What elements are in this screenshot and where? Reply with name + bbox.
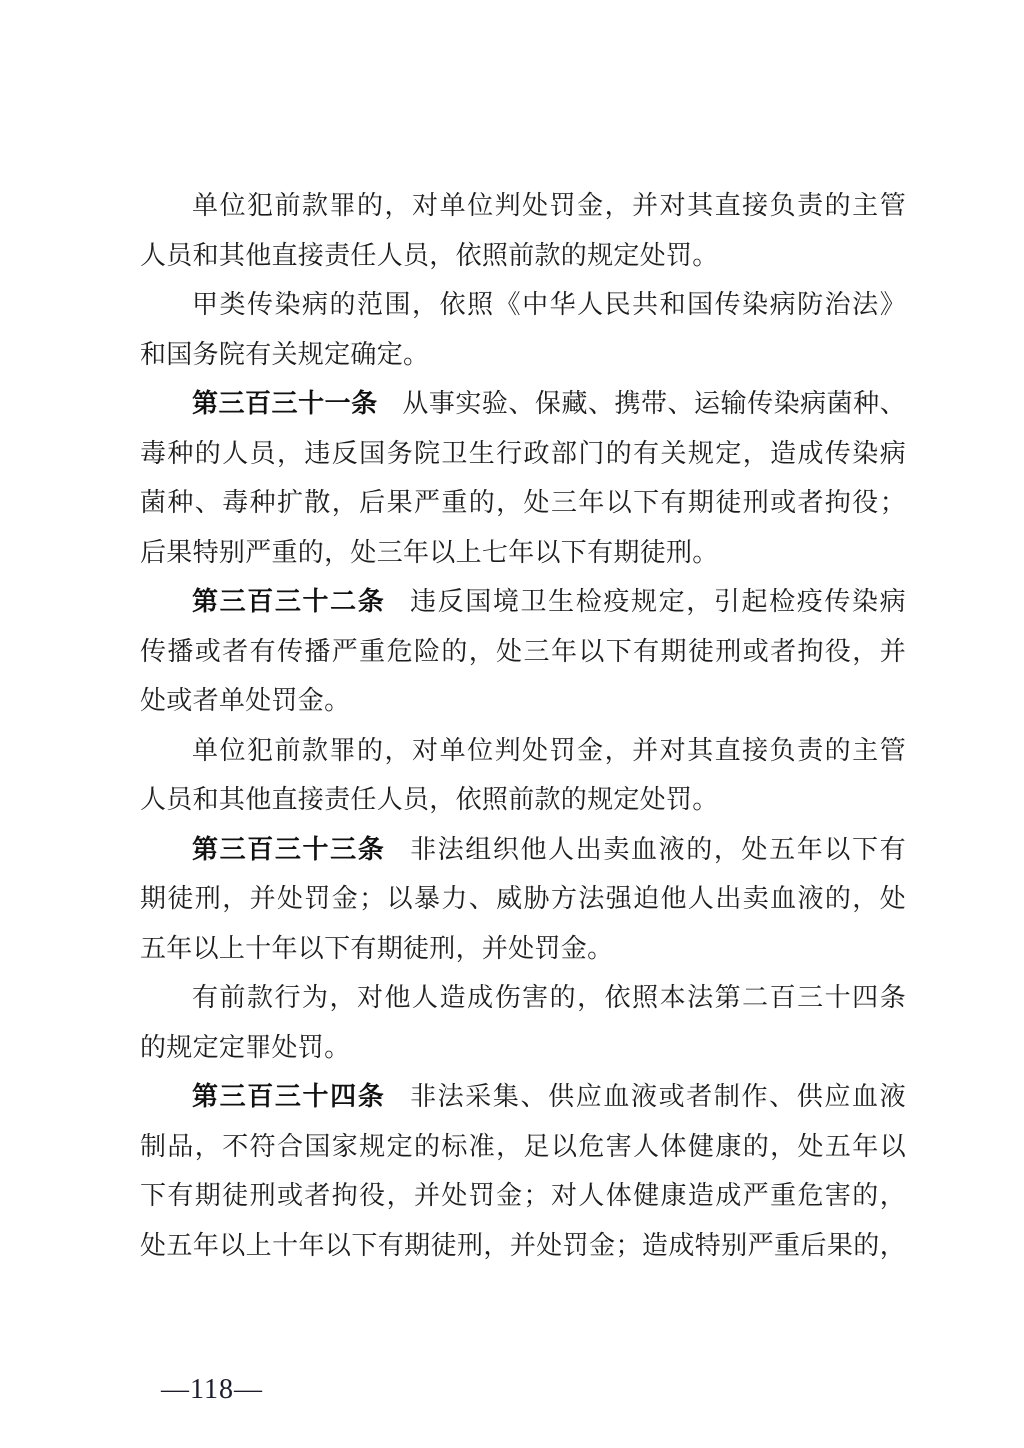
line-text: 毒种的人员，违反国务院卫生行政部门的有关规定，造成传染病 [140,439,906,468]
text-line: 毒种的人员，违反国务院卫生行政部门的有关规定，造成传染病 [140,429,906,479]
text-block: 单位犯前款罪的，对单位判处罚金，并对其直接负责的主管人员和其他直接责任人员，依照… [140,181,906,1270]
line-text: 非法采集、供应血液或者制作、供应血液 [410,1082,906,1111]
text-line: 处五年以上十年以下有期徒刑，并处罚金；造成特别严重后果的， [140,1221,906,1271]
text-line: 第三百三十四条非法采集、供应血液或者制作、供应血液 [140,1072,906,1122]
text-line: 单位犯前款罪的，对单位判处罚金，并对其直接负责的主管 [140,726,906,776]
line-text: 违反国境卫生检疫规定，引起检疫传染病 [410,587,906,616]
line-text: 后果特别严重的，处三年以上七年以下有期徒刑。 [140,538,719,567]
text-line: 期徒刑，并处罚金；以暴力、威胁方法强迫他人出卖血液的，处 [140,874,906,924]
text-line: 下有期徒刑或者拘役，并处罚金；对人体健康造成严重危害的， [140,1171,906,1221]
line-text: 处五年以上十年以下有期徒刑，并处罚金；造成特别严重后果的， [140,1231,906,1260]
line-text: 期徒刑，并处罚金；以暴力、威胁方法强迫他人出卖血液的，处 [140,884,906,913]
line-text: 有前款行为，对他人造成伤害的，依照本法第二百三十四条 [192,983,906,1012]
line-text: 和国务院有关规定确定。 [140,340,429,369]
text-line: 第三百三十二条违反国境卫生检疫规定，引起检疫传染病 [140,577,906,627]
line-text: 甲类传染病的范围，依照《中华人民共和国传染病防治法》 [192,290,906,319]
page-number: —118— [161,1374,263,1406]
line-text: 制品，不符合国家规定的标准，足以危害人体健康的，处五年以 [140,1132,906,1161]
text-line: 人员和其他直接责任人员，依照前款的规定处罚。 [140,775,906,825]
article-number: 第三百三十二条 [192,586,410,616]
line-text: 处或者单处罚金。 [140,686,350,715]
line-text: 人员和其他直接责任人员，依照前款的规定处罚。 [140,241,719,270]
line-text: 非法组织他人出卖血液的，处五年以下有 [410,835,906,864]
text-line: 第三百三十一条从事实验、保藏、携带、运输传染病菌种、 [140,379,906,429]
text-line: 菌种、毒种扩散，后果严重的，处三年以下有期徒刑或者拘役； [140,478,906,528]
article-number: 第三百三十四条 [192,1081,410,1111]
text-line: 人员和其他直接责任人员，依照前款的规定处罚。 [140,231,906,281]
article-number: 第三百三十三条 [192,834,410,864]
line-text: 下有期徒刑或者拘役，并处罚金；对人体健康造成严重危害的， [140,1181,906,1210]
text-line: 处或者单处罚金。 [140,676,906,726]
article-number: 第三百三十一条 [192,388,402,418]
line-text: 传播或者有传播严重危险的，处三年以下有期徒刑或者拘役，并 [140,637,906,666]
text-line: 后果特别严重的，处三年以上七年以下有期徒刑。 [140,528,906,578]
text-line: 有前款行为，对他人造成伤害的，依照本法第二百三十四条 [140,973,906,1023]
text-line: 五年以上十年以下有期徒刑，并处罚金。 [140,924,906,974]
line-text: 菌种、毒种扩散，后果严重的，处三年以下有期徒刑或者拘役； [140,488,906,517]
text-line: 甲类传染病的范围，依照《中华人民共和国传染病防治法》 [140,280,906,330]
line-text: 人员和其他直接责任人员，依照前款的规定处罚。 [140,785,719,814]
text-line: 第三百三十三条非法组织他人出卖血液的，处五年以下有 [140,825,906,875]
text-line: 制品，不符合国家规定的标准，足以危害人体健康的，处五年以 [140,1122,906,1172]
line-text: 单位犯前款罪的，对单位判处罚金，并对其直接负责的主管 [192,736,906,765]
line-text: 单位犯前款罪的，对单位判处罚金，并对其直接负责的主管 [192,191,906,220]
text-line: 单位犯前款罪的，对单位判处罚金，并对其直接负责的主管 [140,181,906,231]
line-text: 从事实验、保藏、携带、运输传染病菌种、 [402,389,906,418]
line-text: 五年以上十年以下有期徒刑，并处罚金。 [140,934,613,963]
document-page: 单位犯前款罪的，对单位判处罚金，并对其直接负责的主管人员和其他直接责任人员，依照… [0,0,1024,1448]
text-line: 的规定定罪处罚。 [140,1023,906,1073]
text-line: 传播或者有传播严重危险的，处三年以下有期徒刑或者拘役，并 [140,627,906,677]
line-text: 的规定定罪处罚。 [140,1033,350,1062]
text-line: 和国务院有关规定确定。 [140,330,906,380]
